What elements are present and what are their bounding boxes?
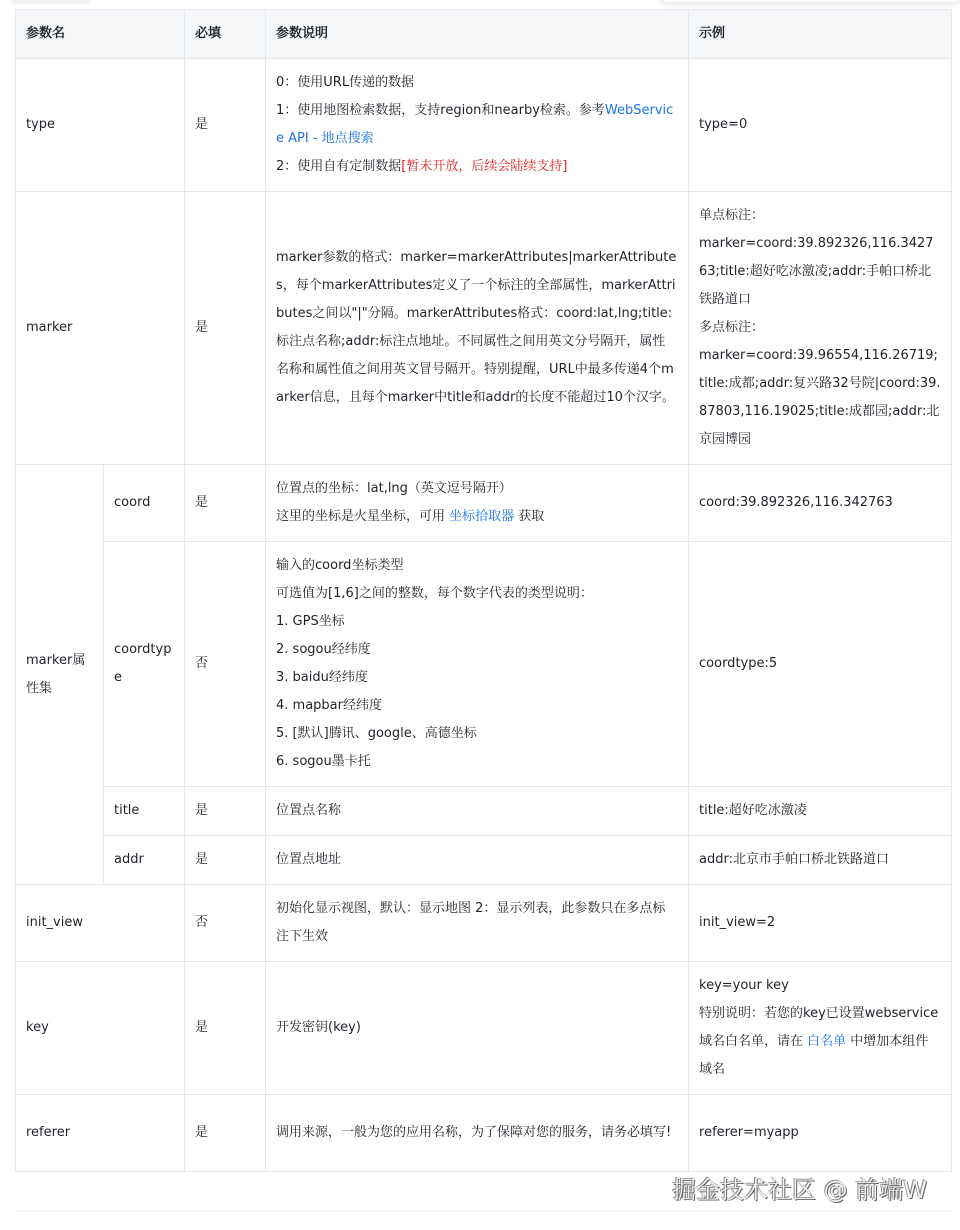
param-name: key [16, 962, 185, 1095]
param-description: 输入的coord坐标类型 可选值为[1,6]之间的整数，每个数字代表的类型说明：… [266, 542, 689, 787]
param-required: 是 [185, 192, 266, 465]
param-example: referer=myapp [689, 1095, 952, 1172]
param-name: marker [16, 192, 185, 465]
param-example: coord:39.892326,116.342763 [689, 465, 952, 542]
table-row-coord: marker属性集 coord 是 位置点的坐标：lat,lng（英文逗号隔开）… [16, 465, 952, 542]
param-required: 是 [185, 1095, 266, 1172]
param-required: 是 [185, 836, 266, 885]
param-example: coordtype:5 [689, 542, 952, 787]
param-example: type=0 [689, 59, 952, 192]
table-row-key: key 是 开发密钥(key) key=your key 特别说明：若您的key… [16, 962, 952, 1095]
param-description: 位置点的坐标：lat,lng（英文逗号隔开） 这里的坐标是火星坐标，可用 坐标拾… [266, 465, 689, 542]
param-example: init_view=2 [689, 885, 952, 962]
header-example: 示例 [689, 10, 952, 59]
desc-text: 这里的坐标是火星坐标，可用 [276, 509, 449, 524]
param-required: 是 [185, 962, 266, 1095]
coordinate-picker-link[interactable]: 坐标拾取器 [449, 509, 514, 524]
param-required: 是 [185, 787, 266, 836]
example-value: marker=coord:39.892326,116.342763;title:… [699, 230, 941, 314]
desc-line: 4. mapbar经纬度 [276, 692, 678, 720]
table-row-marker: marker 是 marker参数的格式：marker=markerAttrib… [16, 192, 952, 465]
param-description: 0：使用URL传递的数据 1：使用地图检索数据，支持region和nearby检… [266, 59, 689, 192]
table-row-title: title 是 位置点名称 title:超好吃冰激凌 [16, 787, 952, 836]
example-line: key=your key [699, 972, 941, 1000]
param-example: addr:北京市手帕口桥北铁路道口 [689, 836, 952, 885]
param-description: marker参数的格式：marker=markerAttributes|mark… [266, 192, 689, 465]
param-name: referer [16, 1095, 185, 1172]
table-row-addr: addr 是 位置点地址 addr:北京市手帕口桥北铁路道口 [16, 836, 952, 885]
param-name: addr [104, 836, 185, 885]
top-right-panel-remnant [660, 0, 960, 2]
divider [15, 1211, 951, 1212]
example-label: 单点标注： [699, 202, 941, 230]
param-description: 位置点地址 [266, 836, 689, 885]
param-name: init_view [16, 885, 185, 962]
desc-line: 2. sogou经纬度 [276, 636, 678, 664]
param-description: 初始化显示视图，默认：显示地图 2：显示列表，此参数只在多点标注下生效 [266, 885, 689, 962]
desc-line: 输入的coord坐标类型 [276, 552, 678, 580]
params-table: 参数名 必填 参数说明 示例 type 是 0：使用URL传递的数据 1：使用地… [15, 9, 952, 1172]
param-description: 调用来源，一般为您的应用名称，为了保障对您的服务，请务必填写! [266, 1095, 689, 1172]
desc-line: 5. [默认]腾讯、google、高德坐标 [276, 720, 678, 748]
header-required: 必填 [185, 10, 266, 59]
param-example: title:超好吃冰激凌 [689, 787, 952, 836]
table-row-init-view: init_view 否 初始化显示视图，默认：显示地图 2：显示列表，此参数只在… [16, 885, 952, 962]
param-name: title [104, 787, 185, 836]
desc-line: 位置点的坐标：lat,lng（英文逗号隔开） [276, 475, 678, 503]
param-description: 位置点名称 [266, 787, 689, 836]
desc-line: 6. sogou墨卡托 [276, 748, 678, 776]
param-description: 开发密钥(key) [266, 962, 689, 1095]
table-row-type: type 是 0：使用URL传递的数据 1：使用地图检索数据，支持region和… [16, 59, 952, 192]
header-param-name: 参数名 [16, 10, 185, 59]
table-header-row: 参数名 必填 参数说明 示例 [16, 10, 952, 59]
desc-line: 3. baidu经纬度 [276, 664, 678, 692]
param-required: 否 [185, 542, 266, 787]
param-name: type [16, 59, 185, 192]
desc-text: 获取 [514, 509, 544, 524]
param-example: 单点标注： marker=coord:39.892326,116.342763;… [689, 192, 952, 465]
desc-text: 1：使用地图检索数据，支持region和nearby检索。参考 [276, 103, 605, 118]
whitelist-link[interactable]: 白名单 [807, 1034, 846, 1049]
table-row-coordtype: coordtype 否 输入的coord坐标类型 可选值为[1,6]之间的整数，… [16, 542, 952, 787]
param-required: 是 [185, 59, 266, 192]
example-value: marker=coord:39.96554,116.26719;title:成都… [699, 342, 941, 454]
desc-line: 1. GPS坐标 [276, 608, 678, 636]
top-tab-remnant [10, 0, 92, 4]
table-row-referer: referer 是 调用来源，一般为您的应用名称，为了保障对您的服务，请务必填写… [16, 1095, 952, 1172]
header-description: 参数说明 [266, 10, 689, 59]
warning-text: [暂未开放，后续会陆续支持] [401, 159, 567, 174]
desc-text: 2：使用自有定制数据 [276, 159, 401, 174]
example-label: 多点标注： [699, 314, 941, 342]
desc-line: 可选值为[1,6]之间的整数，每个数字代表的类型说明： [276, 580, 678, 608]
desc-line: 0：使用URL传递的数据 [276, 69, 678, 97]
param-example: key=your key 特别说明：若您的key已设置webservice域名白… [689, 962, 952, 1095]
param-name: coord [104, 465, 185, 542]
param-required: 否 [185, 885, 266, 962]
param-required: 是 [185, 465, 266, 542]
param-name: coordtype [104, 542, 185, 787]
watermark: 掘金技术社区 @ 前端W [672, 1170, 927, 1205]
param-group-name: marker属性集 [16, 465, 104, 885]
